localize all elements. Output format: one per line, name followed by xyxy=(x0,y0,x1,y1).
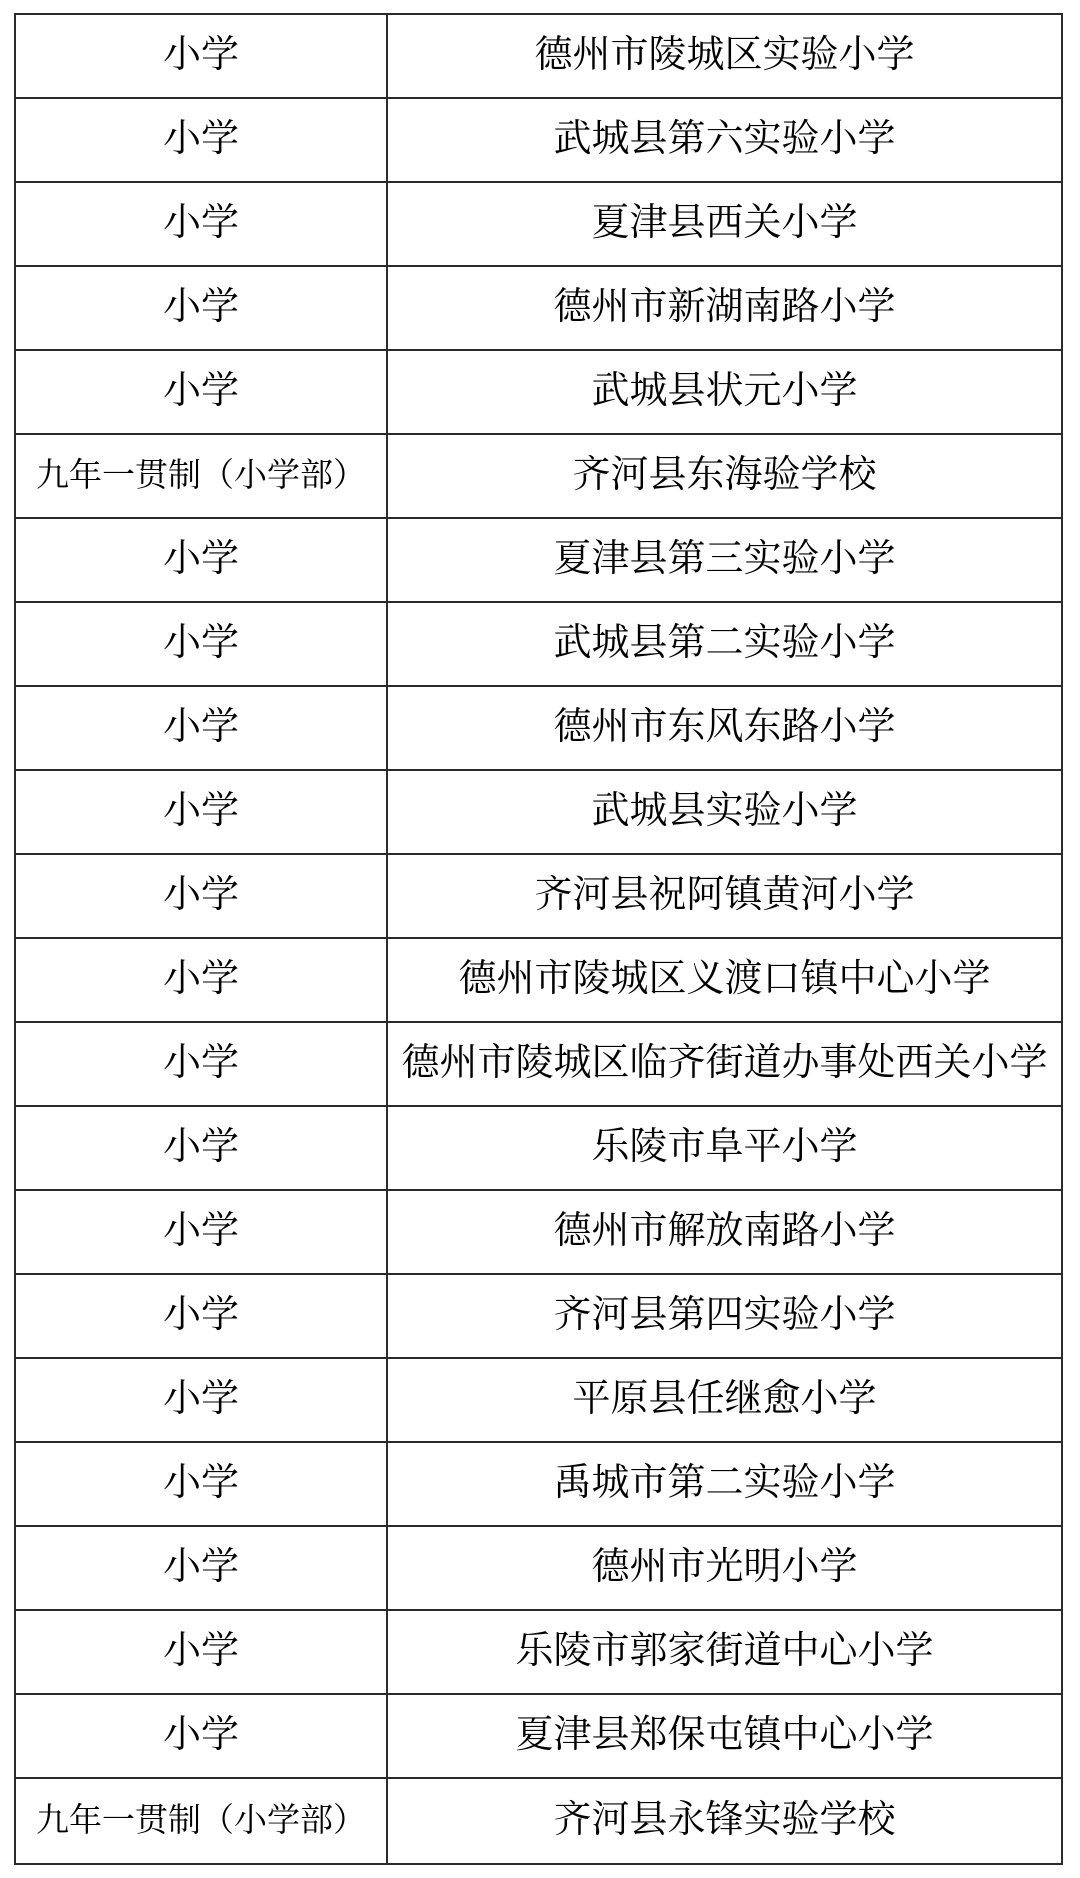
school-type-cell: 小学 xyxy=(16,771,388,855)
school-name-cell: 德州市解放南路小学 xyxy=(388,1191,1061,1275)
school-type-cell: 小学 xyxy=(16,603,388,687)
school-name-cell: 德州市陵城区义渡口镇中心小学 xyxy=(388,939,1061,1023)
school-type-cell: 小学 xyxy=(16,1695,388,1779)
school-name-cell: 乐陵市阜平小学 xyxy=(388,1107,1061,1191)
school-name-cell: 齐河县第四实验小学 xyxy=(388,1275,1061,1359)
school-name-cell: 平原县任继愈小学 xyxy=(388,1359,1061,1443)
school-type-cell: 小学 xyxy=(16,1443,388,1527)
school-name-cell: 禹城市第二实验小学 xyxy=(388,1443,1061,1527)
school-type-cell: 小学 xyxy=(16,855,388,939)
school-type-cell: 小学 xyxy=(16,519,388,603)
school-type-cell: 九年一贯制（小学部） xyxy=(16,435,388,519)
school-type-cell: 九年一贯制（小学部） xyxy=(16,1779,388,1863)
school-name-cell: 乐陵市郭家街道中心小学 xyxy=(388,1611,1061,1695)
school-name-cell: 武城县第六实验小学 xyxy=(388,99,1061,183)
school-name-cell: 武城县实验小学 xyxy=(388,771,1061,855)
school-table: 小学 德州市陵城区实验小学 小学 武城县第六实验小学 小学 夏津县西关小学 小学… xyxy=(14,13,1063,1865)
school-name-cell: 夏津县第三实验小学 xyxy=(388,519,1061,603)
school-name-cell: 德州市陵城区实验小学 xyxy=(388,15,1061,99)
school-name-cell: 德州市东风东路小学 xyxy=(388,687,1061,771)
school-type-cell: 小学 xyxy=(16,1023,388,1107)
school-name-cell: 德州市光明小学 xyxy=(388,1527,1061,1611)
school-name-cell: 德州市新湖南路小学 xyxy=(388,267,1061,351)
school-name-cell: 夏津县郑保屯镇中心小学 xyxy=(388,1695,1061,1779)
school-type-cell: 小学 xyxy=(16,687,388,771)
school-type-cell: 小学 xyxy=(16,267,388,351)
school-name-cell: 德州市陵城区临齐街道办事处西关小学 xyxy=(388,1023,1061,1107)
school-type-cell: 小学 xyxy=(16,351,388,435)
school-name-cell: 武城县状元小学 xyxy=(388,351,1061,435)
school-type-cell: 小学 xyxy=(16,15,388,99)
school-name-cell: 夏津县西关小学 xyxy=(388,183,1061,267)
school-type-cell: 小学 xyxy=(16,99,388,183)
school-name-cell: 武城县第二实验小学 xyxy=(388,603,1061,687)
school-type-cell: 小学 xyxy=(16,183,388,267)
school-name-cell: 齐河县东海验学校 xyxy=(388,435,1061,519)
school-name-cell: 齐河县永锋实验学校 xyxy=(388,1779,1061,1863)
school-type-cell: 小学 xyxy=(16,1527,388,1611)
school-type-cell: 小学 xyxy=(16,1275,388,1359)
school-type-cell: 小学 xyxy=(16,1107,388,1191)
school-type-cell: 小学 xyxy=(16,1611,388,1695)
school-name-cell: 齐河县祝阿镇黄河小学 xyxy=(388,855,1061,939)
school-type-cell: 小学 xyxy=(16,1191,388,1275)
school-type-cell: 小学 xyxy=(16,1359,388,1443)
school-type-cell: 小学 xyxy=(16,939,388,1023)
